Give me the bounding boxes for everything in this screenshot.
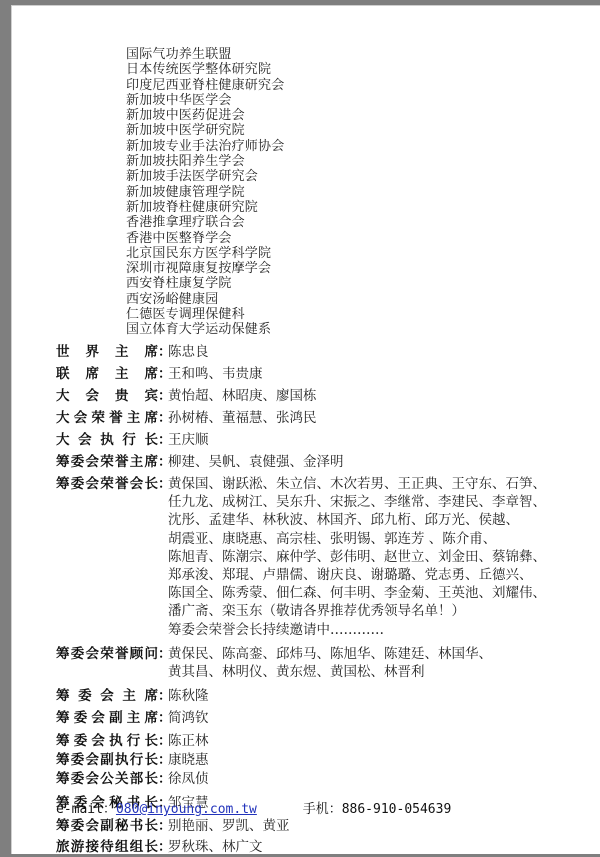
label-char: 大 bbox=[56, 409, 70, 428]
label-char: 筹 bbox=[56, 770, 70, 789]
role-row: 大会执行长：王庆顺 bbox=[56, 431, 596, 450]
label-char: 委 bbox=[71, 475, 85, 494]
role-value: 陈秋隆 bbox=[168, 687, 209, 706]
role-colon: ： bbox=[158, 770, 168, 789]
label-char: 筹 bbox=[56, 453, 70, 472]
role-colon: ： bbox=[158, 838, 168, 857]
label-char: 会 bbox=[86, 387, 100, 406]
role-colon: ： bbox=[158, 409, 168, 428]
label-char: 誉 bbox=[115, 453, 129, 472]
org-item: 新加坡中医学研究院 bbox=[126, 123, 284, 138]
role-row: 筹委会荣誉主席：柳建、吴帆、袁健强、金泽明 bbox=[56, 453, 596, 472]
phone-number: 886-910-054639 bbox=[342, 802, 452, 817]
label-char: 长 bbox=[145, 817, 159, 836]
org-item: 香港推拿理疗联合会 bbox=[126, 215, 284, 230]
email-link[interactable]: 080@inyoung.com.tw bbox=[116, 802, 257, 817]
label-char: 秘 bbox=[115, 817, 129, 836]
label-char: 会 bbox=[74, 409, 88, 428]
label-char: 席 bbox=[144, 409, 158, 428]
label-char: 荣 bbox=[100, 453, 114, 472]
role-row: 筹委会荣誉顾问：黄保民、陈高銮、邱炜马、陈旭华、陈建廷、林国华、 黄其昌、林明仪… bbox=[56, 645, 596, 681]
label-char: 部 bbox=[130, 770, 144, 789]
label-char: 接 bbox=[86, 838, 100, 857]
label-char: 席 bbox=[145, 687, 159, 706]
label-char: 筹 bbox=[56, 751, 70, 770]
label-char: 游 bbox=[71, 838, 85, 857]
role-label: 筹委会荣誉主席： bbox=[56, 453, 168, 472]
role-colon: ： bbox=[158, 732, 168, 751]
label-char: 委 bbox=[71, 770, 85, 789]
label-char: 筹 bbox=[56, 687, 70, 706]
phone-label: 手机： bbox=[303, 802, 342, 817]
label-char: 主 bbox=[115, 343, 129, 362]
role-row: 世界主席：陈忠良 bbox=[56, 343, 596, 362]
label-char: 执 bbox=[109, 732, 123, 751]
label-char: 会 bbox=[86, 645, 100, 664]
role-label-text: 筹委会主席 bbox=[56, 687, 158, 706]
label-char: 席 bbox=[145, 365, 159, 384]
label-char: 誉 bbox=[109, 409, 123, 428]
role-label: 大会执行长： bbox=[56, 431, 168, 450]
role-colon: ： bbox=[158, 687, 168, 706]
role-value: 黄保国、谢跃淞、朱立信、木次若男、王正典、王守东、石笋、 任九龙、成树江、吴东升… bbox=[168, 475, 546, 639]
role-colon: ： bbox=[158, 645, 168, 664]
role-label-text: 筹委会副秘书长 bbox=[56, 817, 158, 836]
label-char: 席 bbox=[145, 453, 159, 472]
org-item: 新加坡中医药促进会 bbox=[126, 108, 284, 123]
email-label: e-mail： bbox=[56, 802, 116, 817]
role-row: 大会贵宾：黄怡超、林昭庚、廖国栋 bbox=[56, 387, 596, 406]
label-char: 主 bbox=[127, 709, 141, 728]
org-item: 香港中医整脊学会 bbox=[126, 231, 284, 246]
label-char: 誉 bbox=[115, 645, 129, 664]
label-char: 主 bbox=[115, 365, 129, 384]
role-value: 简鸿钦 bbox=[168, 709, 209, 728]
label-char: 组 bbox=[115, 838, 129, 857]
label-char: 大 bbox=[56, 431, 70, 450]
role-colon: ： bbox=[158, 387, 168, 406]
label-char: 关 bbox=[115, 770, 129, 789]
label-char: 会 bbox=[86, 770, 100, 789]
label-char: 副 bbox=[109, 709, 123, 728]
role-colon: ： bbox=[158, 817, 168, 836]
org-item: 新加坡中华医学会 bbox=[126, 93, 284, 108]
org-item: 新加坡专业手法治疗师协会 bbox=[126, 139, 284, 154]
role-label-text: 大会贵宾 bbox=[56, 387, 158, 406]
role-label-text: 筹委会荣誉主席 bbox=[56, 453, 158, 472]
label-char: 席 bbox=[145, 343, 159, 362]
role-row: 筹委会副执行长：康晓惠 bbox=[56, 751, 596, 770]
label-char: 会 bbox=[100, 687, 114, 706]
label-char: 委 bbox=[78, 687, 92, 706]
role-value: 罗秋珠、林广文 bbox=[168, 838, 263, 857]
organization-list: 国际气功养生联盟 日本传统医学整体研究院 印度尼西亚脊柱健康研究会 新加坡中华医… bbox=[126, 47, 284, 338]
label-char: 会 bbox=[91, 709, 105, 728]
label-char: 联 bbox=[56, 365, 70, 384]
role-row: 筹委会荣誉会长：黄保国、谢跃淞、朱立信、木次若男、王正典、王守东、石笋、 任九龙… bbox=[56, 475, 596, 639]
label-char: 荣 bbox=[91, 409, 105, 428]
org-item: 新加坡手法医学研究会 bbox=[126, 169, 284, 184]
role-colon: ： bbox=[158, 475, 168, 494]
role-label: 世界主席： bbox=[56, 343, 168, 362]
label-char: 界 bbox=[86, 343, 100, 362]
label-char: 行 bbox=[130, 751, 144, 770]
role-row: 联席主席：王和鸣、韦贵康 bbox=[56, 365, 596, 384]
label-char: 贵 bbox=[115, 387, 129, 406]
label-char: 主 bbox=[127, 409, 141, 428]
org-item: 新加坡健康管理学院 bbox=[126, 185, 284, 200]
role-colon: ： bbox=[158, 365, 168, 384]
role-value: 陈正林 bbox=[168, 732, 209, 751]
role-label: 筹委会副秘书长： bbox=[56, 817, 168, 836]
role-value: 黄怡超、林昭庚、廖国栋 bbox=[168, 387, 317, 406]
role-value: 王和鸣、韦贵康 bbox=[168, 365, 263, 384]
label-char: 问 bbox=[145, 645, 159, 664]
document-page: 国际气功养生联盟 日本传统医学整体研究院 印度尼西亚脊柱健康研究会 新加坡中华医… bbox=[11, 5, 600, 854]
label-char: 长 bbox=[145, 770, 159, 789]
role-row: 筹委会主席：陈秋隆 bbox=[56, 687, 596, 706]
label-char: 会 bbox=[78, 431, 92, 450]
label-char: 筹 bbox=[56, 817, 70, 836]
label-char: 副 bbox=[100, 817, 114, 836]
label-char: 主 bbox=[122, 687, 136, 706]
org-item: 西安脊柱康复学院 bbox=[126, 276, 284, 291]
label-char: 筹 bbox=[56, 645, 70, 664]
label-char: 会 bbox=[86, 453, 100, 472]
label-char: 书 bbox=[130, 817, 144, 836]
role-colon: ： bbox=[158, 431, 168, 450]
role-label-text: 大会荣誉主席 bbox=[56, 409, 158, 428]
org-item: 国立体育大学运动保健系 bbox=[126, 322, 284, 337]
role-label: 筹委会副执行长： bbox=[56, 751, 168, 770]
role-colon: ： bbox=[158, 751, 168, 770]
label-char: 长 bbox=[145, 475, 159, 494]
role-row: 筹委会公关部长：徐凤侦 bbox=[56, 770, 596, 789]
org-item: 国际气功养生联盟 bbox=[126, 47, 284, 62]
label-char: 会 bbox=[86, 751, 100, 770]
role-value: 康晓惠 bbox=[168, 751, 209, 770]
label-char: 长 bbox=[145, 751, 159, 770]
role-label: 筹委会主席： bbox=[56, 687, 168, 706]
role-value: 黄保民、陈高銮、邱炜马、陈旭华、陈建廷、林国华、 黄其昌、林明仪、黄东煜、黄国松… bbox=[168, 645, 492, 681]
role-label: 筹委会执行长： bbox=[56, 732, 168, 751]
role-label-text: 筹委会荣誉会长 bbox=[56, 475, 158, 494]
role-colon: ： bbox=[158, 453, 168, 472]
label-char: 会 bbox=[86, 475, 100, 494]
label-char: 副 bbox=[100, 751, 114, 770]
label-char: 委 bbox=[71, 453, 85, 472]
role-value: 别艳丽、罗凯、黄亚 bbox=[168, 817, 290, 836]
label-char: 荣 bbox=[100, 645, 114, 664]
role-label-text: 筹委会副执行长 bbox=[56, 751, 158, 770]
label-char: 会 bbox=[130, 475, 144, 494]
role-colon: ： bbox=[158, 709, 168, 728]
role-label: 联席主席： bbox=[56, 365, 168, 384]
label-char: 组 bbox=[130, 838, 144, 857]
role-list: 世界主席：陈忠良联席主席：王和鸣、韦贵康大会贵宾：黄怡超、林昭庚、廖国栋大会荣誉… bbox=[56, 343, 596, 857]
role-value: 王庆顺 bbox=[168, 431, 209, 450]
label-char: 会 bbox=[86, 817, 100, 836]
label-char: 委 bbox=[71, 817, 85, 836]
role-label-text: 筹委会公关部长 bbox=[56, 770, 158, 789]
role-row: 筹委会执行长：陈正林 bbox=[56, 732, 596, 751]
label-char: 委 bbox=[71, 751, 85, 770]
label-char: 筹 bbox=[56, 475, 70, 494]
org-item: 日本传统医学整体研究院 bbox=[126, 62, 284, 77]
label-char: 筹 bbox=[56, 709, 70, 728]
role-label-text: 旅游接待组组长 bbox=[56, 838, 158, 857]
org-item: 西安汤峪健康园 bbox=[126, 292, 284, 307]
label-char: 长 bbox=[144, 732, 158, 751]
label-char: 长 bbox=[145, 431, 159, 450]
contact-line: e-mail：080@inyoung.com.tw 手机：886-910-054… bbox=[56, 798, 451, 817]
role-row: 筹委会副主席：简鸿钦 bbox=[56, 709, 596, 728]
role-value: 徐凤侦 bbox=[168, 770, 209, 789]
role-colon: ： bbox=[158, 343, 168, 362]
role-label: 筹委会副主席： bbox=[56, 709, 168, 728]
label-char: 委 bbox=[71, 645, 85, 664]
role-label: 筹委会荣誉会长： bbox=[56, 475, 168, 494]
label-char: 执 bbox=[115, 751, 129, 770]
label-char: 大 bbox=[56, 387, 70, 406]
role-value: 陈忠良 bbox=[168, 343, 209, 362]
org-item: 印度尼西亚脊柱健康研究会 bbox=[126, 78, 284, 93]
label-char: 誉 bbox=[115, 475, 129, 494]
org-item: 深圳市视障康复按摩学会 bbox=[126, 261, 284, 276]
label-char: 席 bbox=[86, 365, 100, 384]
role-label: 大会荣誉主席： bbox=[56, 409, 168, 428]
label-char: 行 bbox=[122, 431, 136, 450]
role-label: 旅游接待组组长： bbox=[56, 838, 168, 857]
label-char: 主 bbox=[130, 453, 144, 472]
label-char: 世 bbox=[56, 343, 70, 362]
role-label-text: 筹委会副主席 bbox=[56, 709, 158, 728]
org-item: 北京国民东方医学科学院 bbox=[126, 246, 284, 261]
role-label-text: 筹委会荣誉顾问 bbox=[56, 645, 158, 664]
org-item: 仁德医专调理保健科 bbox=[126, 307, 284, 322]
org-item: 新加坡扶阳养生学会 bbox=[126, 154, 284, 169]
role-row: 旅游接待组组长：罗秋珠、林广文 bbox=[56, 838, 596, 857]
label-char: 待 bbox=[100, 838, 114, 857]
role-row: 筹委会副秘书长：别艳丽、罗凯、黄亚 bbox=[56, 817, 596, 836]
org-item: 新加坡脊柱健康研究院 bbox=[126, 200, 284, 215]
role-row: 大会荣誉主席：孙树椿、董福慧、张鸿民 bbox=[56, 409, 596, 428]
role-label: 大会贵宾： bbox=[56, 387, 168, 406]
label-char: 行 bbox=[127, 732, 141, 751]
role-label: 筹委会荣誉顾问： bbox=[56, 645, 168, 664]
label-char: 顾 bbox=[130, 645, 144, 664]
role-label: 筹委会公关部长： bbox=[56, 770, 168, 789]
label-char: 委 bbox=[74, 732, 88, 751]
role-label-text: 筹委会执行长 bbox=[56, 732, 158, 751]
label-char: 执 bbox=[100, 431, 114, 450]
role-value: 孙树椿、董福慧、张鸿民 bbox=[168, 409, 317, 428]
label-char: 委 bbox=[74, 709, 88, 728]
label-char: 会 bbox=[91, 732, 105, 751]
label-char: 宾 bbox=[145, 387, 159, 406]
role-label-text: 大会执行长 bbox=[56, 431, 158, 450]
role-label-text: 世界主席 bbox=[56, 343, 158, 362]
label-char: 席 bbox=[144, 709, 158, 728]
label-char: 荣 bbox=[100, 475, 114, 494]
role-label-text: 联席主席 bbox=[56, 365, 158, 384]
label-char: 公 bbox=[100, 770, 114, 789]
role-value: 柳建、吴帆、袁健强、金泽明 bbox=[168, 453, 344, 472]
label-char: 长 bbox=[145, 838, 159, 857]
label-char: 旅 bbox=[56, 838, 70, 857]
label-char: 筹 bbox=[56, 732, 70, 751]
